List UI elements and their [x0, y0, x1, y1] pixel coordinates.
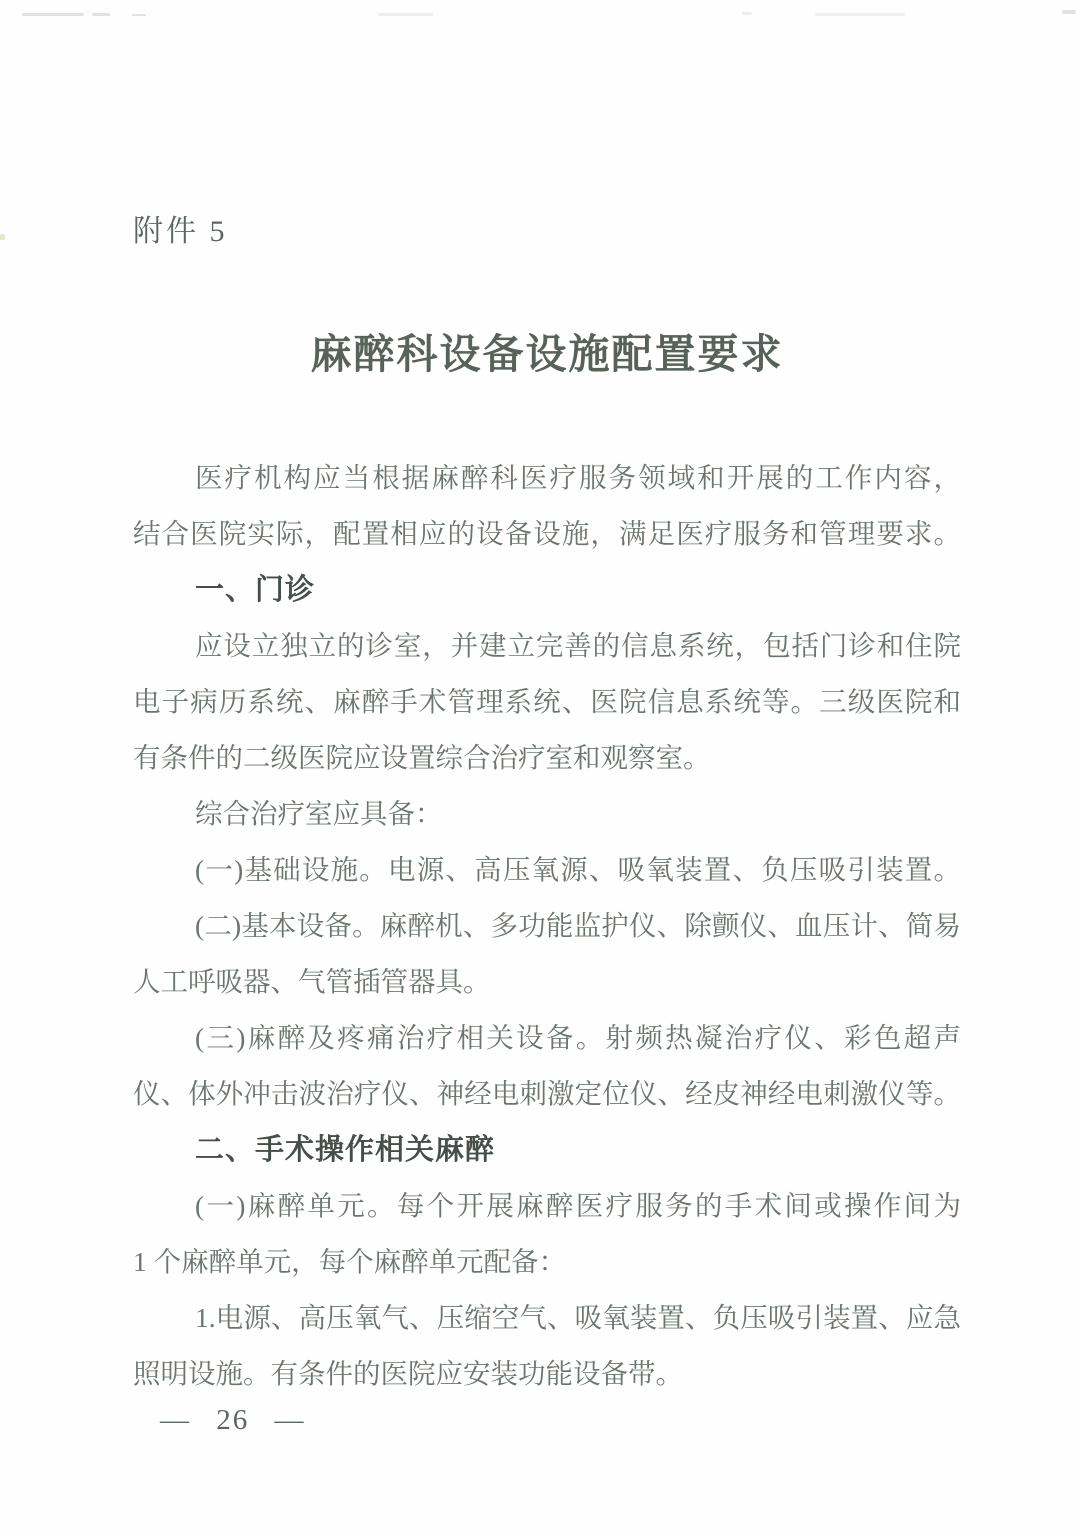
- scan-artifact: [92, 13, 110, 16]
- section-heading: 一、门诊: [133, 562, 961, 618]
- scan-artifact: [742, 12, 752, 15]
- scan-artifact: [815, 13, 905, 16]
- body-text-line: 医疗机构应当根据麻醉科医疗服务领域和开展的工作内容，: [133, 450, 961, 506]
- scan-artifact: [1062, 10, 1076, 14]
- body-text-line: (一)麻醉单元。每个开展麻醉医疗服务的手术间或操作间为: [133, 1178, 961, 1234]
- body-text-line: 综合治疗室应具备：: [133, 786, 961, 842]
- body-text-line: 结合医院实际，配置相应的设备设施，满足医疗服务和管理要求。: [133, 506, 961, 562]
- annex-label: 附件 5: [133, 212, 228, 252]
- scan-artifact: [22, 13, 84, 16]
- body-text-line: 电子病历系统、麻醉手术管理系统、医院信息系统等。三级医院和: [133, 674, 961, 730]
- scan-artifact: [132, 14, 146, 16]
- section-heading: 二、手术操作相关麻醉: [133, 1122, 961, 1178]
- page-title: 麻醉科设备设施配置要求: [133, 326, 961, 382]
- scan-artifact: [0, 234, 5, 240]
- body-text-line: 照明设施。有条件的医院应安装功能设备带。: [133, 1346, 961, 1402]
- body-text-line: 应设立独立的诊室，并建立完善的信息系统，包括门诊和住院: [133, 618, 961, 674]
- body-text-line: 有条件的二级医院应设置综合治疗室和观察室。: [133, 730, 961, 786]
- body-text-line: 人工呼吸器、气管插管器具。: [133, 954, 961, 1010]
- page-number: — 26 —: [160, 1398, 306, 1442]
- body-text-line: (三)麻醉及疼痛治疗相关设备。射频热凝治疗仪、彩色超声: [133, 1010, 961, 1066]
- body-text-line: (二)基本设备。麻醉机、多功能监护仪、除颤仪、血压计、简易: [133, 898, 961, 954]
- document-page: 附件 5 麻醉科设备设施配置要求 医疗机构应当根据麻醉科医疗服务领域和开展的工作…: [0, 0, 1080, 1536]
- body-text-line: 仪、体外冲击波治疗仪、神经电刺激定位仪、经皮神经电刺激仪等。: [133, 1066, 961, 1122]
- body-text-line: 1.电源、高压氧气、压缩空气、吸氧装置、负压吸引装置、应急: [133, 1290, 961, 1346]
- document-body: 医疗机构应当根据麻醉科医疗服务领域和开展的工作内容， 结合医院实际，配置相应的设…: [133, 450, 961, 1402]
- body-text-line: 1 个麻醉单元，每个麻醉单元配备：: [133, 1234, 961, 1290]
- body-text-line: (一)基础设施。电源、高压氧源、吸氧装置、负压吸引装置。: [133, 842, 961, 898]
- scan-artifact: [378, 13, 433, 16]
